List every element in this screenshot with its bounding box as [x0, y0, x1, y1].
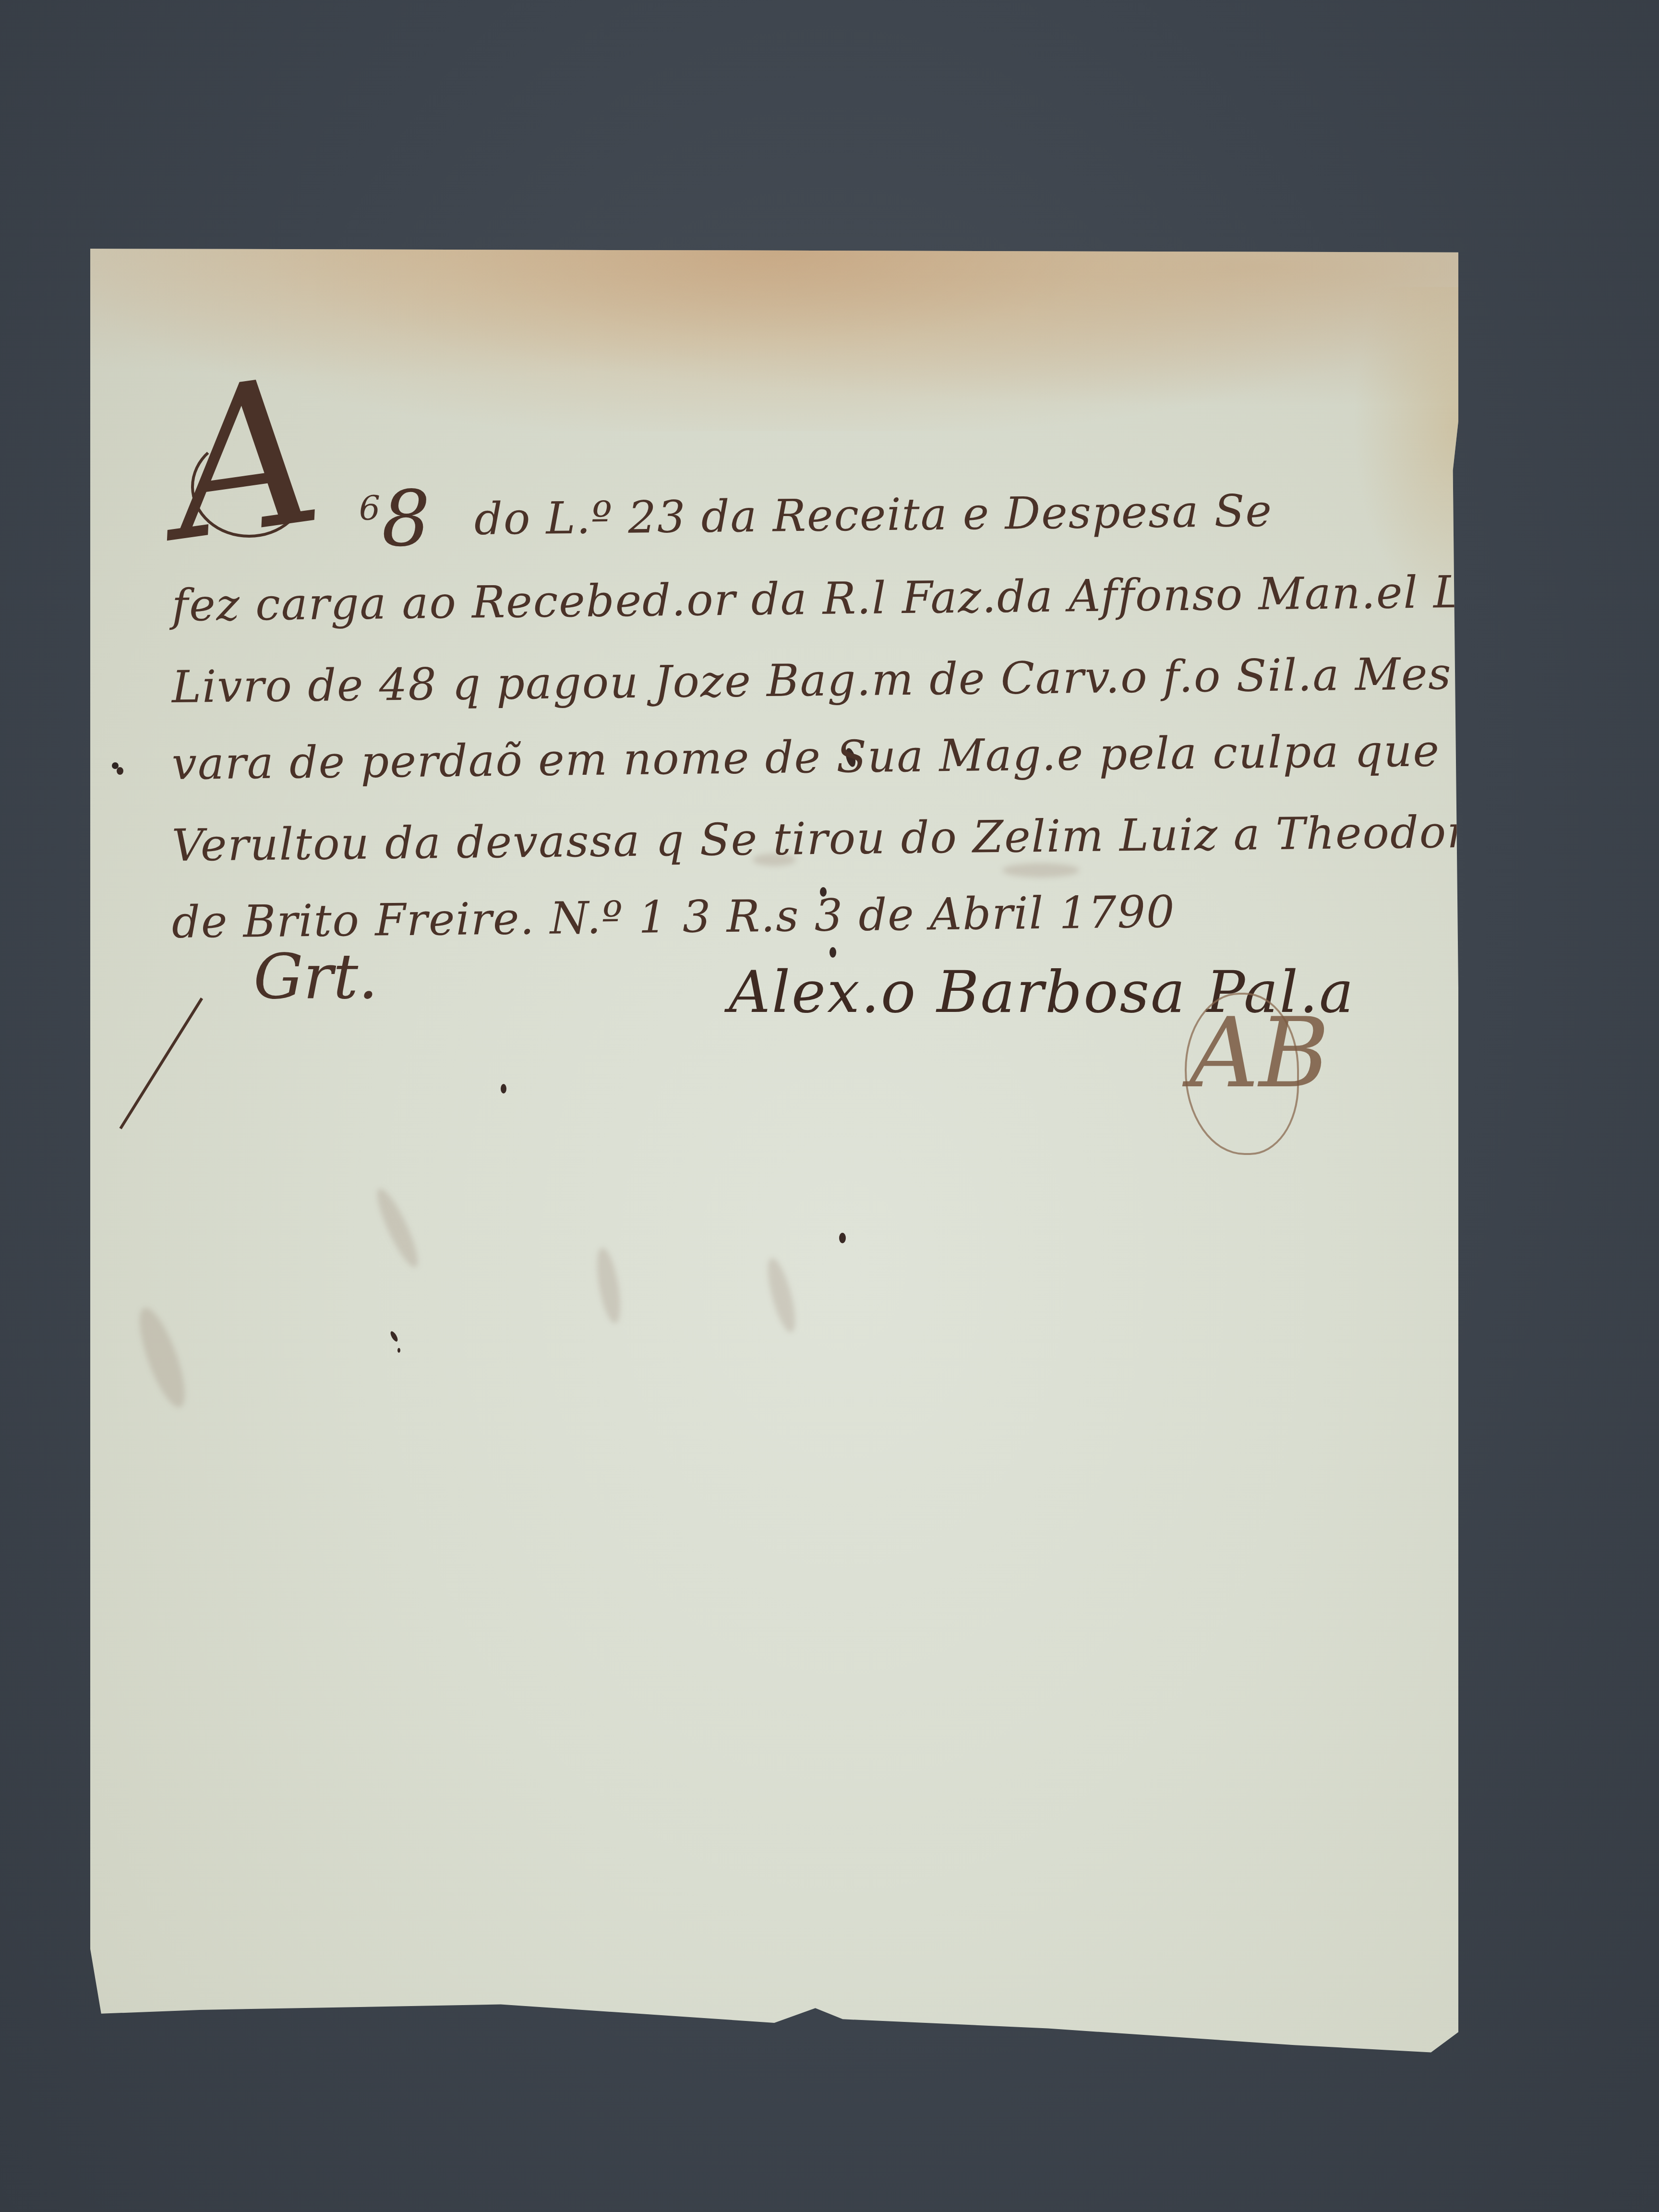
manuscript-text: A 68 A 6 8 do L.º 23 da Receita e Despes… — [90, 249, 1458, 2097]
manuscript-line-1-visible: do L.º 23 da Receita e Despesa Se — [474, 485, 1273, 545]
manuscript-line-5: Verultou da devassa q Se tirou do Zelim … — [171, 806, 1497, 871]
annotation-grt: Grt. — [253, 940, 378, 1013]
manuscript-line-4: vara de perdaõ em nome de Sua Mag.e pela… — [171, 725, 1440, 790]
manuscript-line-2: fez carga ao Recebed.or da R.l Faz.da Af… — [171, 564, 1659, 631]
signature-rubric: AB — [1190, 998, 1329, 1109]
grt-flourish — [119, 998, 203, 1130]
manuscript-line-6: de Brito Freire. N.º 1 3 R.s 3 de Abril … — [171, 886, 1176, 948]
manuscript-line-3: Livro de 48 q pagou Joze Bag.m de Carv.o… — [171, 645, 1659, 713]
manuscript-page: A 68 A 6 8 do L.º 23 da Receita e Despes… — [90, 249, 1458, 2097]
